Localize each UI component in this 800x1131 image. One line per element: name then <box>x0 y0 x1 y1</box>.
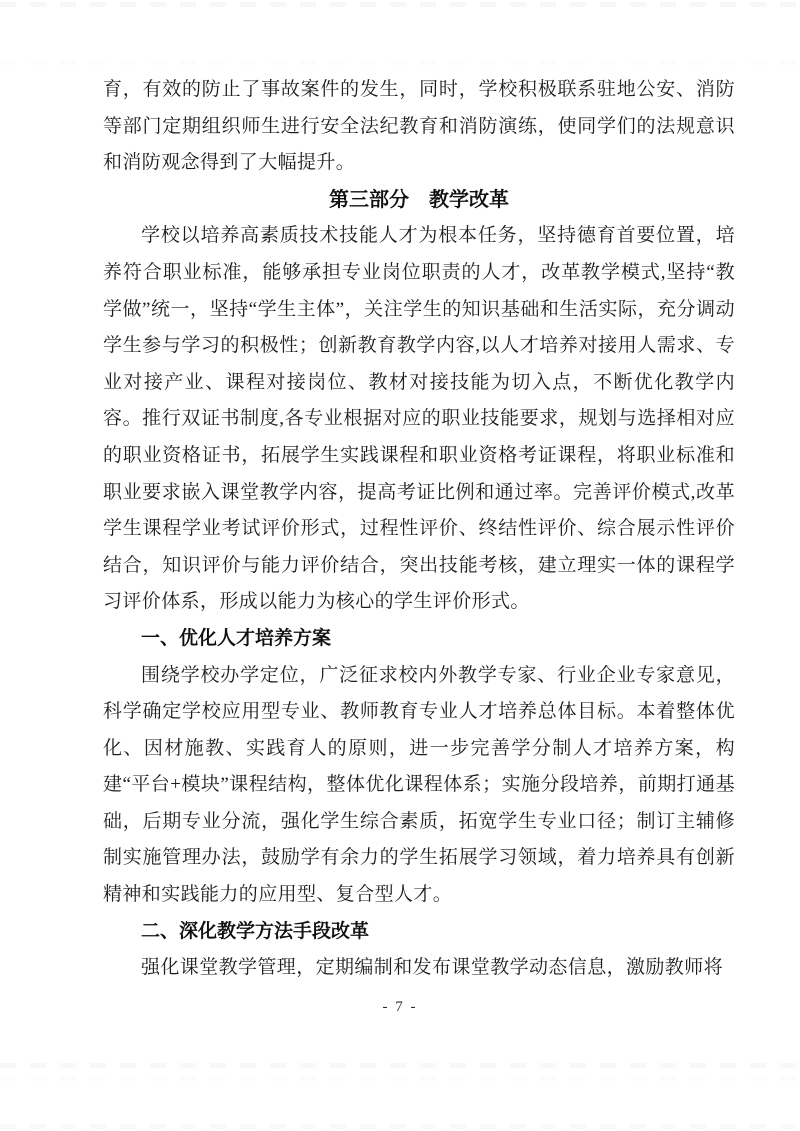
scan-artifact <box>0 60 800 65</box>
intro-paragraph: 育，有效的防止了事故案件的发生，同时，学校积极联系驻地公安、消防等部门定期组织师… <box>103 72 735 182</box>
heading-deepen-teaching-methods: 二、深化教学方法手段改革 <box>103 914 735 951</box>
scan-artifact <box>0 1076 800 1081</box>
part-title: 第三部分 教学改革 <box>103 182 735 219</box>
page-number: - 7 - <box>0 997 800 1017</box>
scan-artifact <box>0 1124 800 1129</box>
document-page: 育，有效的防止了事故案件的发生，同时，学校积极联系驻地公安、消防等部门定期组织师… <box>0 0 800 1131</box>
heading-optimize-talent-plan: 一、优化人才培养方案 <box>103 621 735 658</box>
text-block: 育，有效的防止了事故案件的发生，同时，学校积极联系驻地公安、消防等部门定期组织师… <box>103 72 735 987</box>
section-1-paragraph: 围绕学校办学定位，广泛征求校内外教学专家、行业企业专家意见，科学确定学校应用型专… <box>103 658 735 914</box>
section-2-paragraph: 强化课堂教学管理，定期编制和发布课堂教学动态信息，激励教师将 <box>103 950 735 987</box>
overview-paragraph: 学校以培养高素质技术技能人才为根本任务，坚持德育首要位置，培养符合职业标准，能够… <box>103 218 735 621</box>
scan-artifact <box>0 2 800 7</box>
scan-artifact <box>0 1063 800 1068</box>
